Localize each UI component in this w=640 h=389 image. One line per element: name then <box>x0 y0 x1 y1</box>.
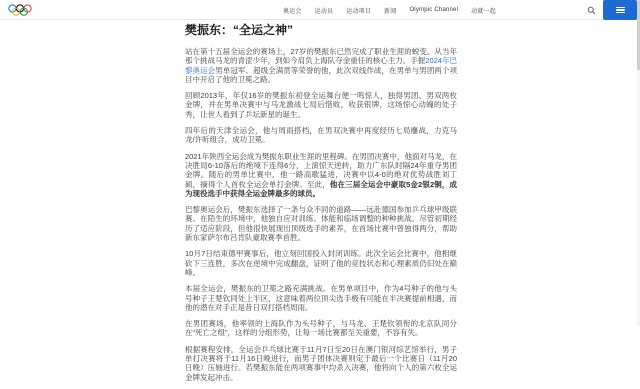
article-paragraph: 在男团赛场，他率领的上海队作为头号种子，与马龙、王楚钦领衔的北京队同分在“死亡之… <box>185 319 457 326</box>
article-body: 站在第十五届全运会的赛场上，27岁的樊振东已然完成了职业生涯的蜕变。从当年那个挑… <box>185 47 457 326</box>
page-title: 樊振东：“全运之神” <box>185 21 457 38</box>
paragraph-text: 男单冠军、超级全满贯等荣誉的他，此次双线作战，在男单与男团两个项目中开启了他的卫… <box>185 66 457 84</box>
article-paragraph: 2021年陕西全运会成为樊振东职业生涯的里程碑。在男团决赛中，他面对马龙，在决胜… <box>185 152 457 198</box>
nav-item-sports[interactable]: 运动项目 <box>346 6 371 15</box>
nav-item-news[interactable]: 新闻 <box>384 6 396 15</box>
article-paragraph: 回顾2013年，年仅16岁的樊振东初登全运舞台便一鸣惊人，独得男团、男双两枚金牌… <box>185 91 457 119</box>
paragraph-text: 巴黎奥运会后，樊振东选择了一条与众不同的道路——远赴德国参加乒乓球甲级联赛。在陌… <box>185 205 457 242</box>
article: 樊振东：“全运之神” 站在第十五届全运会的赛场上，27岁的樊振东已然完成了职业生… <box>185 21 457 326</box>
olympic-rings-logo[interactable] <box>8 4 32 17</box>
nav-item-athletes[interactable]: 运动员 <box>315 6 334 15</box>
article-paragraph: 10月7日结束德甲赛事后，他立刻回国投入封闭训练。此次全运会比赛中，他相继砍下三… <box>185 249 457 277</box>
search-icon[interactable] <box>586 5 596 15</box>
nav-item-olympic-channel[interactable]: Olympic Channel <box>409 7 458 13</box>
article-paragraph: 本届全运会，樊振东的卫冕之路充满挑战。在男单项目中，作为4号种子的他与头号种子王… <box>185 284 457 312</box>
paragraph-text: 回顾2013年，年仅16岁的樊振东初登全运舞台便一鸣惊人，独得男团、男双两枚金牌… <box>185 91 457 119</box>
article-paragraph: 四年后的天津全运会，他与周雨搭档，在男双决赛中再度经历七局鏖战，力克马龙/许昕组… <box>185 126 457 145</box>
nav-item-lets-move[interactable]: 动就一起 <box>471 6 496 15</box>
nav-links: 奥运会运动员运动项目新闻Olympic Channel动就一起 <box>283 0 496 20</box>
menu-button[interactable] <box>603 0 637 20</box>
paragraph-text: 站在第十五届全运会的赛场上，27岁的樊振东已然完成了职业生涯的蜕变。从当年那个挑… <box>185 47 457 65</box>
paragraph-text: 在男团赛场，他率领的上海队作为头号种子，与马龙、王楚钦领衔的北京队同分在“死亡之… <box>185 319 457 326</box>
paragraph-text: 四年后的天津全运会，他与周雨搭档，在男双决赛中再度经历七局鏖战，力克马龙/许昕组… <box>185 126 457 144</box>
paragraph-text: 本届全运会，樊振东的卫冕之路充满挑战。在男单项目中，作为4号种子的他与头号种子王… <box>185 284 457 312</box>
article-paragraph: 站在第十五届全运会的赛场上，27岁的樊振东已然完成了职业生涯的蜕变。从当年那个挑… <box>185 47 457 84</box>
nav-item-olympic-games[interactable]: 奥运会 <box>283 6 302 15</box>
article-paragraph: 巴黎奥运会后，樊振东选择了一条与众不同的道路——远赴德国参加乒乓球甲级联赛。在陌… <box>185 205 457 242</box>
paragraph-text: 10月7日结束德甲赛事后，他立刻回国投入封闭训练。此次全运会比赛中，他相继砍下三… <box>185 249 457 277</box>
top-navbar: 奥运会运动员运动项目新闻Olympic Channel动就一起 <box>0 0 640 20</box>
hamburger-icon <box>616 7 625 8</box>
